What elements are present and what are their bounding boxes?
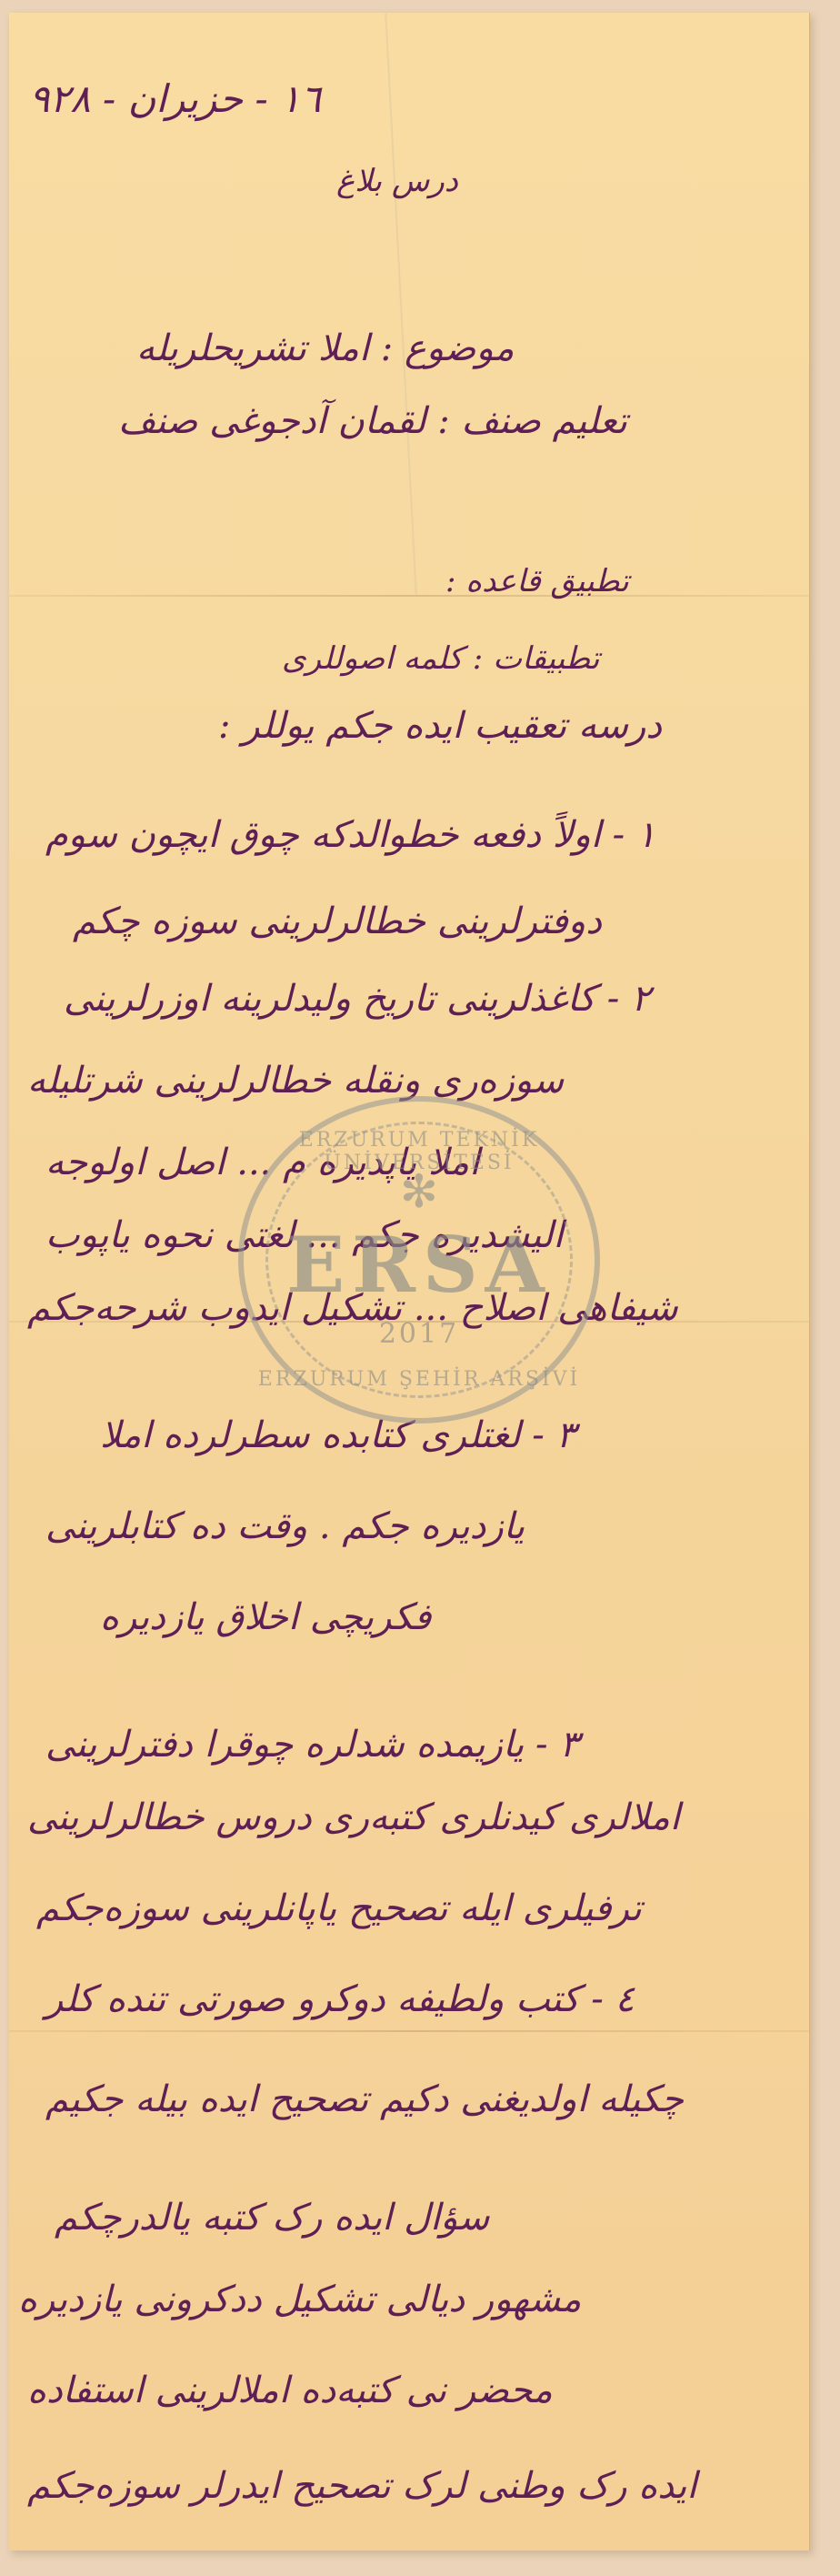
- stamp-year: 2017: [244, 1318, 595, 1350]
- heading-line: درس بلاغ: [336, 163, 458, 200]
- class-line: تعلیم صنف : لقمان آدجوغی صنف: [118, 399, 627, 443]
- item-line: یازدیره جکم . وقت ده کتابلرینی: [45, 1504, 525, 1548]
- date-line: ١٦ - حزيران - ٩٢٨: [29, 76, 321, 122]
- item-line: محضر نی کتبه‌ده املالرینی استفاده: [27, 2369, 553, 2412]
- archive-stamp: ERZURUM TEKNİK ÜNİVERSİTESİ ✻ ERSA 2017 …: [238, 1096, 600, 1424]
- item-line: چکیله اولدیغنی دکیم تصحیح ایده بیله جکیم: [45, 2078, 684, 2121]
- item-line: سؤال ایده رک کتبه یالدرچکم: [55, 2196, 489, 2239]
- item-line: دوفترلرینی خطالرلرینی سوزه چکم: [73, 900, 602, 943]
- fold-line: [9, 2030, 809, 2032]
- item-line: ٣ - لغتلری کتابده سطرلرده املا: [100, 1414, 575, 1457]
- snowflake-star-icon: ✻: [244, 1165, 595, 1218]
- stamp-bottom-text: ERZURUM ŞEHİR ARŞİVİ: [244, 1368, 595, 1391]
- item-line: مشهور دیالی تشکیل ددکرونی یازدیره: [18, 2278, 581, 2321]
- item-line: ١ - اولاً دفعه خطوالدکه چوق ایچون سوم: [45, 813, 655, 857]
- stamp-brand: ERSA: [244, 1220, 595, 1310]
- item-line: ٣ - یازیمده شدلره چوقرا دفترلرینی: [45, 1723, 579, 1766]
- item-line: ٢ - کاغذلرینی تاریخ ولیدلرینه اوزرلرینی: [64, 977, 650, 1021]
- method2-line: تطبیقات : کلمه اصوللری: [282, 640, 600, 678]
- intro-line: درسه تعقیب ایده جکم یوللر :: [218, 704, 662, 748]
- fold-crease: [385, 13, 416, 594]
- item-line: سوزه‌ری ونقله خطالرلرینی شرتلیله: [27, 1059, 564, 1102]
- fold-line: [9, 595, 809, 597]
- item-line: ٤ - کتب ولطیفه دوکرو صورتی تنده کلر: [45, 1977, 635, 2021]
- item-line: فکریچی اخلاق یازدیره: [100, 1595, 431, 1639]
- method-line: تطبیق قاعده :: [445, 563, 629, 600]
- item-line: ترفیلری ایله تصحیح یاپانلرینی سوزه‌جکم: [36, 1887, 642, 1930]
- item-line: املالری کیدنلری کتبه‌ری دروس خطالرلرینی: [27, 1796, 680, 1839]
- item-line: ایده رک وطنی لرک تصحیح ایدرلر سوزه‌جکم: [27, 2464, 696, 2508]
- subject-line: موضوع : املا تشریحلریله: [136, 327, 515, 370]
